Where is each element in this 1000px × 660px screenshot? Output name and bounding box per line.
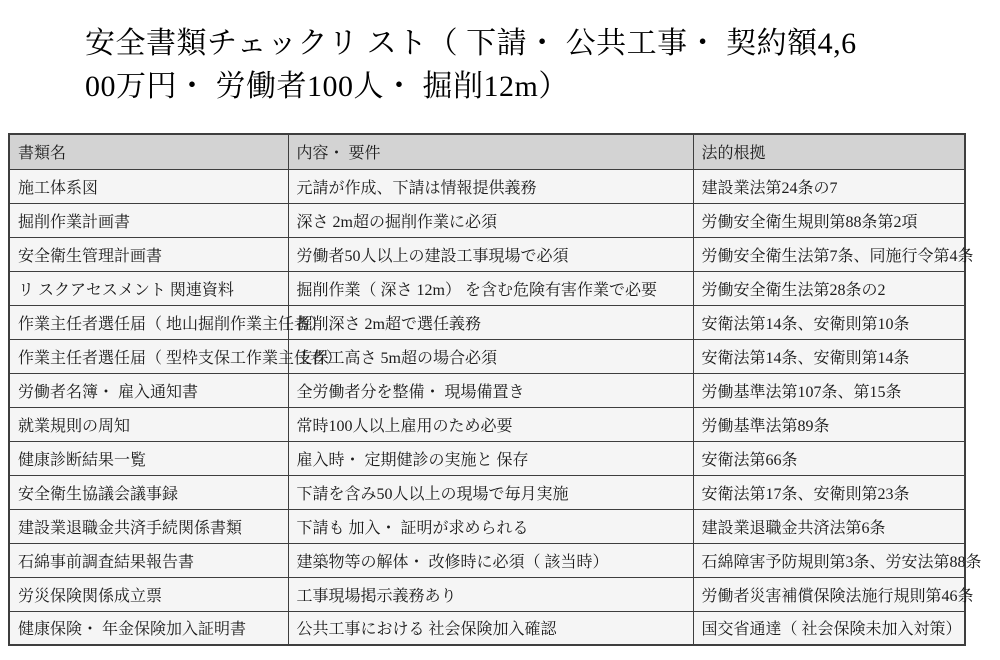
doc-name-cell: 建設業退職金共済手続関係書類: [9, 509, 288, 543]
legal-basis-cell: 労働基準法第89条: [693, 407, 965, 441]
table-row: 就業規則の周知 常時100人以上雇用のため必要 労働基準法第89条: [9, 407, 965, 441]
legal-basis-cell: 安衛法第14条、安衛則第10条: [693, 305, 965, 339]
requirement-cell: 常時100人以上雇用のため必要: [288, 407, 693, 441]
requirement-cell: 工事現場掲示義務あり: [288, 577, 693, 611]
legal-basis-cell: 労働基準法第107条、第15条: [693, 373, 965, 407]
requirement-cell: 深さ 2m超の掘削作業に必須: [288, 203, 693, 237]
table-body: 施工体系図 元請が作成、下請は情報提供義務 建設業法第24条の7 掘削作業計画書…: [9, 169, 965, 645]
requirement-cell: 支保工高さ 5m超の場合必須: [288, 339, 693, 373]
table-row: 労働者名簿・ 雇入通知書 全労働者分を整備・ 現場備置き 労働基準法第107条、…: [9, 373, 965, 407]
doc-name-cell: 労働者名簿・ 雇入通知書: [9, 373, 288, 407]
requirement-cell: 雇入時・ 定期健診の実施と 保存: [288, 441, 693, 475]
table-header: 書類名 内容・ 要件 法的根拠: [9, 134, 965, 169]
table-row: 安全衛生協議会議事録 下請を含み50人以上の現場で毎月実施 安衛法第17条、安衛…: [9, 475, 965, 509]
legal-basis-cell: 建設業法第24条の7: [693, 169, 965, 203]
legal-basis-cell: 国交省通達（ 社会保険未加入対策）: [693, 611, 965, 645]
header-row: 書類名 内容・ 要件 法的根拠: [9, 134, 965, 169]
legal-basis-cell: 建設業退職金共済法第6条: [693, 509, 965, 543]
doc-name-cell: 作業主任者選任届（ 地山掘削作業主任者）: [9, 305, 288, 339]
doc-name-cell: 作業主任者選任届（ 型枠支保工作業主任者）: [9, 339, 288, 373]
table-row: 健康診断結果一覧 雇入時・ 定期健診の実施と 保存 安衛法第66条: [9, 441, 965, 475]
table-row: 建設業退職金共済手続関係書類 下請も 加入・ 証明が求められる 建設業退職金共済…: [9, 509, 965, 543]
doc-name-cell: 安全衛生管理計画書: [9, 237, 288, 271]
legal-basis-cell: 石綿障害予防規則第3条、労安法第88条: [693, 543, 965, 577]
checklist-table: 書類名 内容・ 要件 法的根拠 施工体系図 元請が作成、下請は情報提供義務 建設…: [8, 133, 966, 646]
legal-basis-cell: 安衛法第66条: [693, 441, 965, 475]
header-requirements: 内容・ 要件: [288, 134, 693, 169]
legal-basis-cell: 労働安全衛生法第28条の2: [693, 271, 965, 305]
requirement-cell: 全労働者分を整備・ 現場備置き: [288, 373, 693, 407]
requirement-cell: 下請を含み50人以上の現場で毎月実施: [288, 475, 693, 509]
doc-name-cell: 石綿事前調査結果報告書: [9, 543, 288, 577]
requirement-cell: 労働者50人以上の建設工事現場で必須: [288, 237, 693, 271]
header-legal-basis: 法的根拠: [693, 134, 965, 169]
requirement-cell: 掘削深さ 2m超で選任義務: [288, 305, 693, 339]
table-row: 労災保険関係成立票 工事現場掲示義務あり 労働者災害補償保険法施行規則第46条: [9, 577, 965, 611]
header-doc-name: 書類名: [9, 134, 288, 169]
legal-basis-cell: 労働安全衛生法第7条、同施行令第4条: [693, 237, 965, 271]
table-row: 作業主任者選任届（ 地山掘削作業主任者） 掘削深さ 2m超で選任義務 安衛法第1…: [9, 305, 965, 339]
legal-basis-cell: 労働安全衛生規則第88条第2項: [693, 203, 965, 237]
requirement-cell: 掘削作業（ 深さ 12m） を含む危険有害作業で必要: [288, 271, 693, 305]
legal-basis-cell: 安衛法第17条、安衛則第23条: [693, 475, 965, 509]
doc-name-cell: 就業規則の周知: [9, 407, 288, 441]
table-row: 安全衛生管理計画書 労働者50人以上の建設工事現場で必須 労働安全衛生法第7条、…: [9, 237, 965, 271]
requirement-cell: 建築物等の解体・ 改修時に必須（ 該当時）: [288, 543, 693, 577]
doc-name-cell: 労災保険関係成立票: [9, 577, 288, 611]
doc-name-cell: 安全衛生協議会議事録: [9, 475, 288, 509]
legal-basis-cell: 安衛法第14条、安衛則第14条: [693, 339, 965, 373]
table-row: 施工体系図 元請が作成、下請は情報提供義務 建設業法第24条の7: [9, 169, 965, 203]
requirement-cell: 公共工事における 社会保険加入確認: [288, 611, 693, 645]
doc-name-cell: 掘削作業計画書: [9, 203, 288, 237]
table-row: 作業主任者選任届（ 型枠支保工作業主任者） 支保工高さ 5m超の場合必須 安衛法…: [9, 339, 965, 373]
table-row: リ スクアセスメント 関連資料 掘削作業（ 深さ 12m） を含む危険有害作業で…: [9, 271, 965, 305]
doc-name-cell: 健康診断結果一覧: [9, 441, 288, 475]
legal-basis-cell: 労働者災害補償保険法施行規則第46条: [693, 577, 965, 611]
requirement-cell: 下請も 加入・ 証明が求められる: [288, 509, 693, 543]
doc-name-cell: 施工体系図: [9, 169, 288, 203]
requirement-cell: 元請が作成、下請は情報提供義務: [288, 169, 693, 203]
doc-name-cell: リ スクアセスメント 関連資料: [9, 271, 288, 305]
table-row: 掘削作業計画書 深さ 2m超の掘削作業に必須 労働安全衛生規則第88条第2項: [9, 203, 965, 237]
table-row: 健康保険・ 年金保険加入証明書 公共工事における 社会保険加入確認 国交省通達（…: [9, 611, 965, 645]
page-title: 安全書類チェックリ スト（ 下請・ 公共工事・ 契約額4,6 00万円・ 労働者…: [85, 22, 925, 108]
table-row: 石綿事前調査結果報告書 建築物等の解体・ 改修時に必須（ 該当時） 石綿障害予防…: [9, 543, 965, 577]
doc-name-cell: 健康保険・ 年金保険加入証明書: [9, 611, 288, 645]
